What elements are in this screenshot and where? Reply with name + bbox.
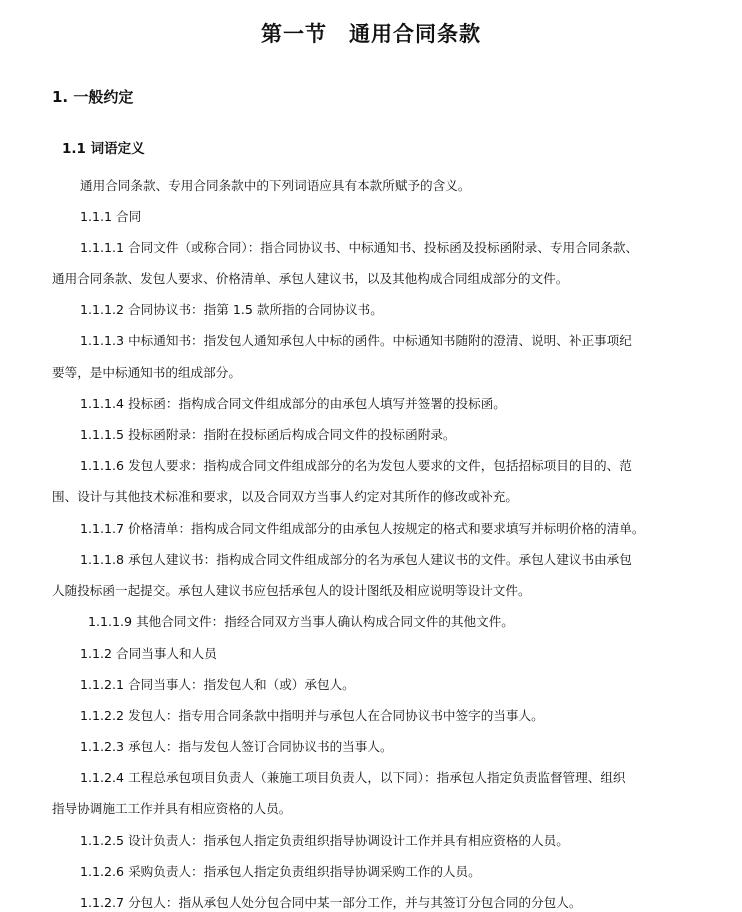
- paragraph-line: 1.1.2.4 工程总承包项目负责人（兼施工项目负责人，以下同）：指承包人指定负…: [80, 770, 626, 786]
- paragraph-line: 1.1.1.7 价格清单：指构成合同文件组成部分的由承包人按规定的格式和要求填写…: [80, 521, 644, 537]
- paragraph-line: 1.1.1 合同: [80, 209, 141, 225]
- paragraph-line: 通用合同条款、发包人要求、价格清单、承包人建议书，以及其他构成合同组成部分的文件…: [52, 271, 568, 287]
- paragraph-line: 1.1.1.1 合同文件（或称合同）：指合同协议书、中标通知书、投标函及投标函附…: [80, 240, 638, 256]
- paragraph-line: 1.1.2.7 分包人：指从承包人处分包合同中某一部分工作，并与其签订分包合同的…: [80, 895, 581, 911]
- paragraph-line: 通用合同条款、专用合同条款中的下列词语应具有本款所赋予的含义。: [80, 178, 470, 194]
- paragraph-line: 1.1.2.5 设计负责人：指承包人指定负责组织指导协调设计工作并具有相应资格的…: [80, 833, 569, 849]
- paragraph-line: 1.1.2.2 发包人：指专用合同条款中指明并与承包人在合同协议书中签字的当事人…: [80, 708, 544, 724]
- paragraph-line: 1.1.1.4 投标函：指构成合同文件组成部分的由承包人填写并签署的投标函。: [80, 396, 506, 412]
- paragraph-line: 1.1.2.3 承包人：指与发包人签订合同协议书的当事人。: [80, 739, 393, 755]
- paragraph-line: 1.1.1.2 合同协议书：指第 1.5 款所指的合同协议书。: [80, 302, 383, 318]
- paragraph-line: 1.1.2.1 合同当事人：指发包人和（或）承包人。: [80, 677, 355, 693]
- paragraph-line: 1.1.2.6 采购负责人：指承包人指定负责组织指导协调采购工作的人员。: [80, 864, 481, 880]
- paragraph-line: 围、设计与其他技术标准和要求，以及合同双方当事人约定对其所作的修改或补充。: [52, 489, 518, 505]
- section-number: 第一节: [261, 21, 327, 46]
- paragraph-line: 1.1.1.3 中标通知书：指发包人通知承包人中标的函件。中标通知书随附的澄清、…: [80, 333, 632, 349]
- page-title: 第一节通用合同条款: [0, 18, 742, 48]
- heading-general-provisions: 1. 一般约定: [52, 86, 133, 107]
- paragraph-line: 1.1.1.9 其他合同文件：指经合同双方当事人确认构成合同文件的其他文件。: [88, 614, 514, 630]
- paragraph-line: 指导协调施工工作并具有相应资格的人员。: [52, 801, 291, 817]
- section-title: 通用合同条款: [349, 21, 481, 46]
- paragraph-line: 人随投标函一起提交。承包人建议书应包括承包人的设计图纸及相应说明等设计文件。: [52, 583, 531, 599]
- paragraph-line: 1.1.1.5 投标函附录：指附在投标函后构成合同文件的投标函附录。: [80, 427, 456, 443]
- paragraph-line: 要等，是中标通知书的组成部分。: [52, 365, 241, 381]
- paragraph-line: 1.1.1.6 发包人要求：指构成合同文件组成部分的名为发包人要求的文件，包括招…: [80, 458, 632, 474]
- paragraph-line: 1.1.1.8 承包人建议书：指构成合同文件组成部分的名为承包人建议书的文件。承…: [80, 552, 632, 568]
- heading-definitions: 1.1 词语定义: [62, 137, 145, 157]
- paragraph-line: 1.1.2 合同当事人和人员: [80, 646, 217, 662]
